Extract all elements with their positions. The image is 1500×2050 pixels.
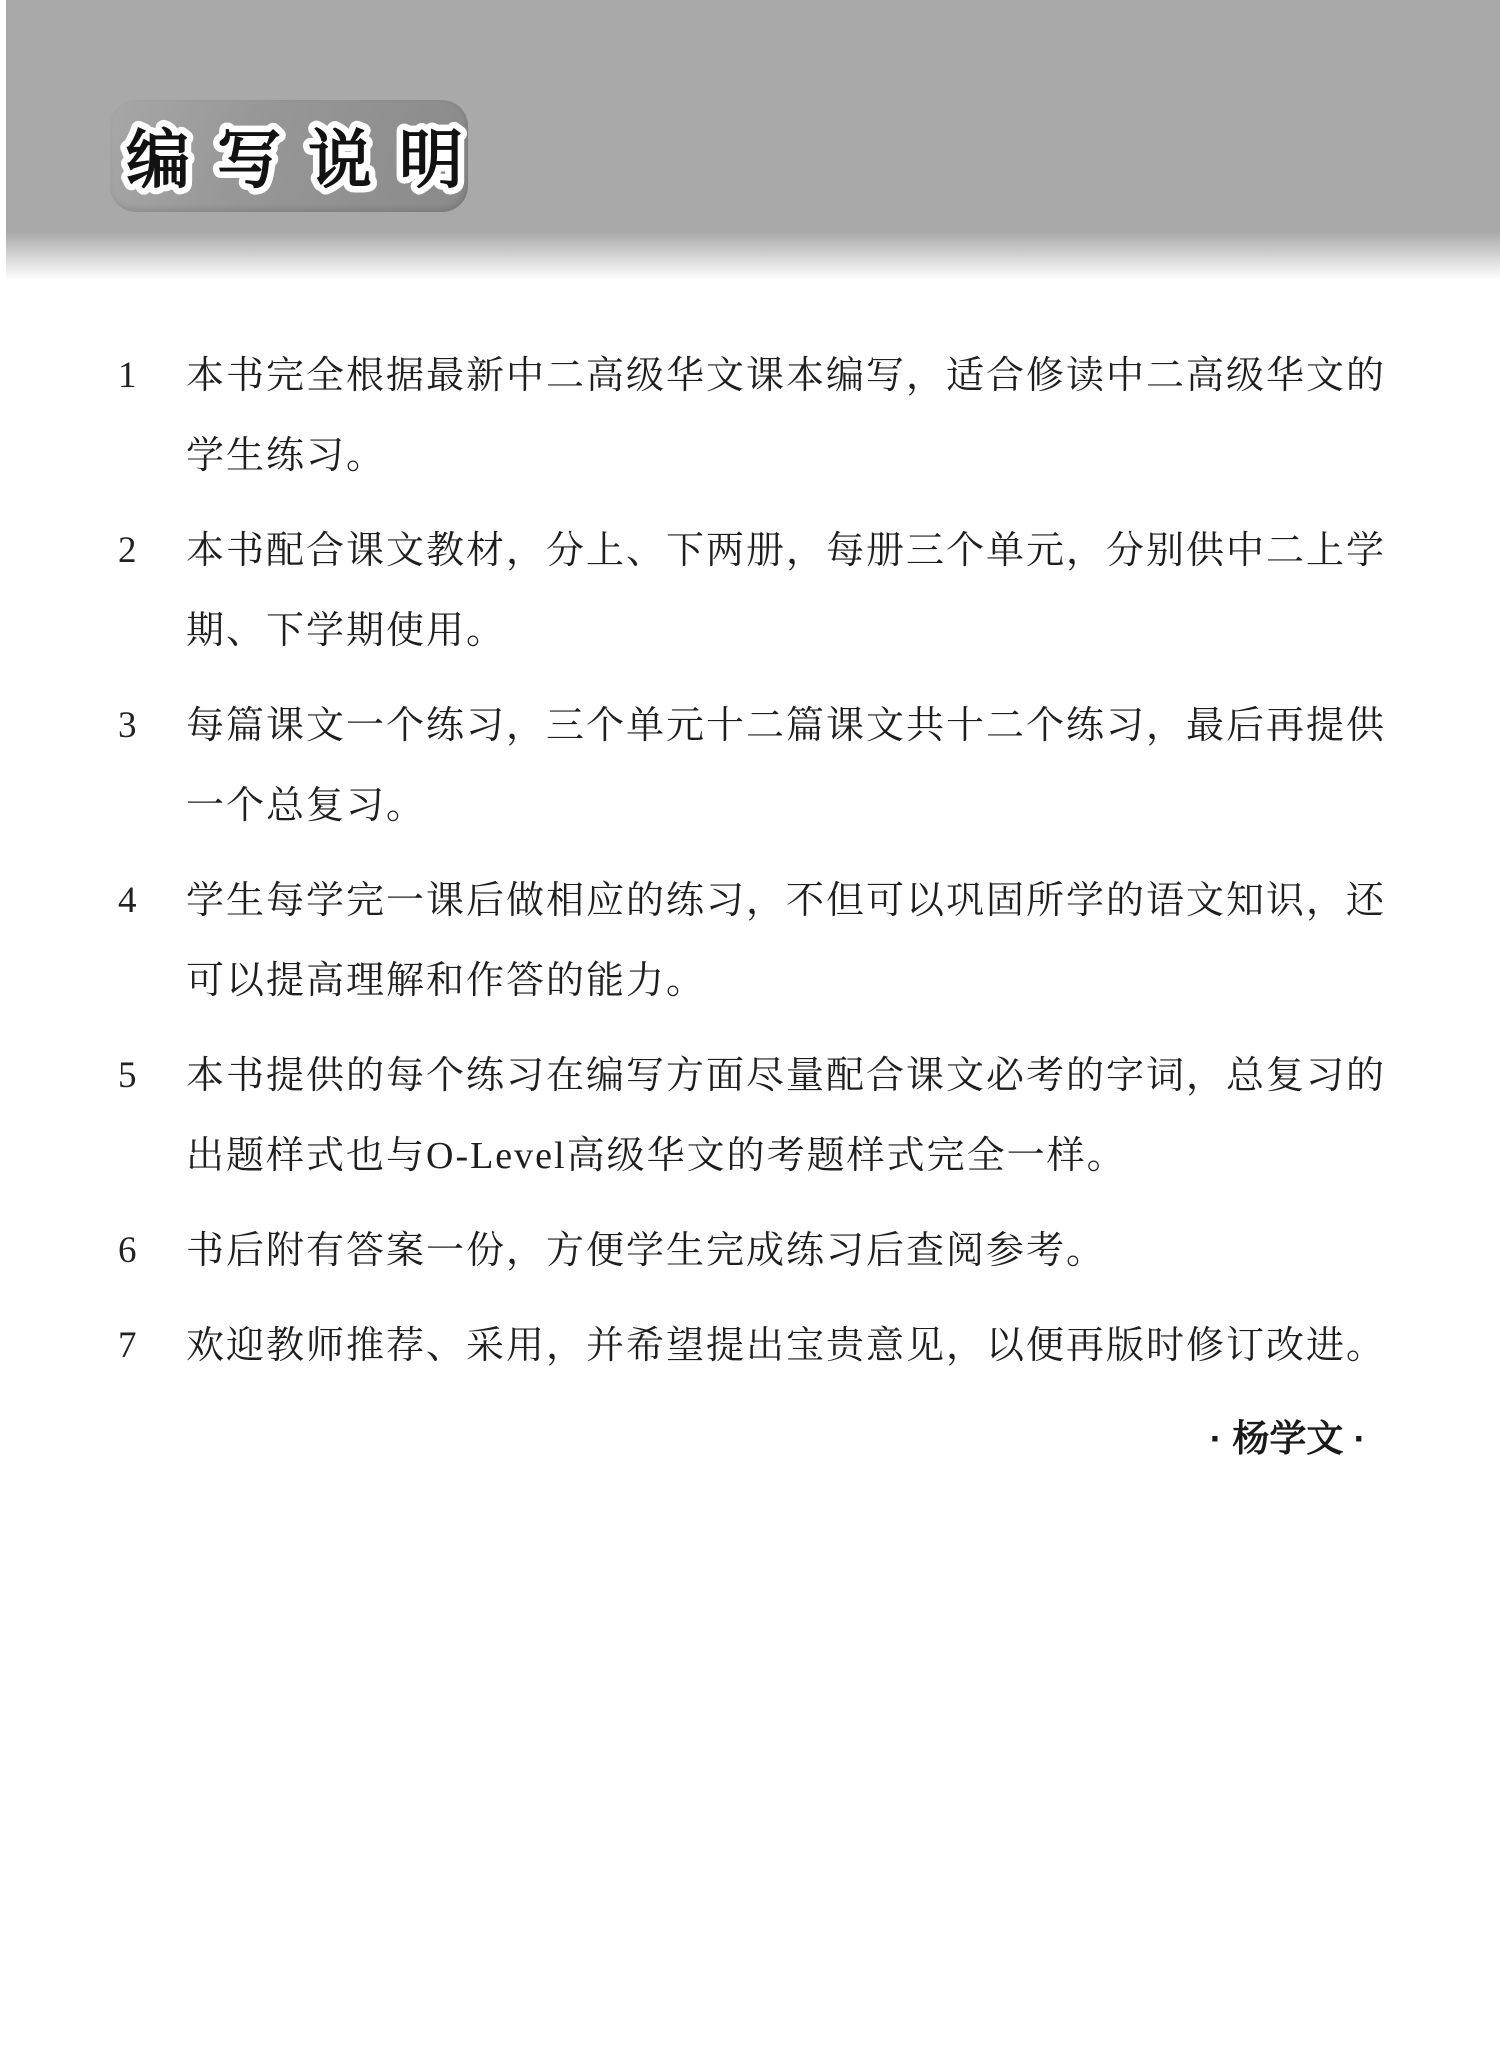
- author-signature: · 杨学文 ·: [118, 1414, 1394, 1464]
- item-text: 每篇课文一个练习，三个单元十二篇课文共十二个练习，最后再提供 一个总复习。: [186, 686, 1394, 846]
- item-line: 出题样式也与O-Level高级华文的考题样式完全一样。: [186, 1116, 1394, 1196]
- item-number: 1: [118, 336, 186, 496]
- item-line: 学生练习。: [186, 416, 1394, 496]
- page-title: 编写说明: [126, 124, 490, 196]
- list-item: 7 欢迎教师推荐、采用，并希望提出宝贵意见，以便再版时修订改进。: [118, 1306, 1394, 1386]
- item-line: 欢迎教师推荐、采用，并希望提出宝贵意见，以便再版时修订改进。: [186, 1306, 1394, 1386]
- item-number: 3: [118, 686, 186, 846]
- item-line: 本书提供的每个练习在编写方面尽量配合课文必考的字词，总复习的: [186, 1036, 1394, 1116]
- item-number: 5: [118, 1036, 186, 1196]
- item-number: 7: [118, 1306, 186, 1386]
- list-item: 2 本书配合课文教材，分上、下两册，每册三个单元，分别供中二上学 期、下学期使用…: [118, 511, 1394, 671]
- list-item: 6 书后附有答案一份，方便学生完成练习后查阅参考。: [118, 1211, 1394, 1291]
- title-banner: 编写说明: [110, 100, 468, 212]
- item-line: 一个总复习。: [186, 766, 1394, 846]
- item-line: 本书配合课文教材，分上、下两册，每册三个单元，分别供中二上学: [186, 511, 1394, 591]
- item-number: 2: [118, 511, 186, 671]
- item-text: 欢迎教师推荐、采用，并希望提出宝贵意见，以便再版时修订改进。: [186, 1306, 1394, 1386]
- item-line: 每篇课文一个练习，三个单元十二篇课文共十二个练习，最后再提供: [186, 686, 1394, 766]
- item-number: 4: [118, 861, 186, 1021]
- item-text: 本书提供的每个练习在编写方面尽量配合课文必考的字词，总复习的 出题样式也与O-L…: [186, 1036, 1394, 1196]
- item-number: 6: [118, 1211, 186, 1291]
- list-item: 1 本书完全根据最新中二高级华文课本编写，适合修读中二高级华文的 学生练习。: [118, 336, 1394, 496]
- item-line: 期、下学期使用。: [186, 591, 1394, 671]
- item-line: 可以提高理解和作答的能力。: [186, 941, 1394, 1021]
- list-item: 5 本书提供的每个练习在编写方面尽量配合课文必考的字词，总复习的 出题样式也与O…: [118, 1036, 1394, 1196]
- editorial-notes: 1 本书完全根据最新中二高级华文课本编写，适合修读中二高级华文的 学生练习。 2…: [118, 336, 1394, 1464]
- item-line: 本书完全根据最新中二高级华文课本编写，适合修读中二高级华文的: [186, 336, 1394, 416]
- item-text: 本书配合课文教材，分上、下两册，每册三个单元，分别供中二上学 期、下学期使用。: [186, 511, 1394, 671]
- item-line: 书后附有答案一份，方便学生完成练习后查阅参考。: [186, 1211, 1394, 1291]
- header-band-fade: [6, 232, 1500, 280]
- item-text: 书后附有答案一份，方便学生完成练习后查阅参考。: [186, 1211, 1394, 1291]
- list-item: 3 每篇课文一个练习，三个单元十二篇课文共十二个练习，最后再提供 一个总复习。: [118, 686, 1394, 846]
- list-item: 4 学生每学完一课后做相应的练习，不但可以巩固所学的语文知识，还 可以提高理解和…: [118, 861, 1394, 1021]
- item-text: 学生每学完一课后做相应的练习，不但可以巩固所学的语文知识，还 可以提高理解和作答…: [186, 861, 1394, 1021]
- item-line: 学生每学完一课后做相应的练习，不但可以巩固所学的语文知识，还: [186, 861, 1394, 941]
- item-text: 本书完全根据最新中二高级华文课本编写，适合修读中二高级华文的 学生练习。: [186, 336, 1394, 496]
